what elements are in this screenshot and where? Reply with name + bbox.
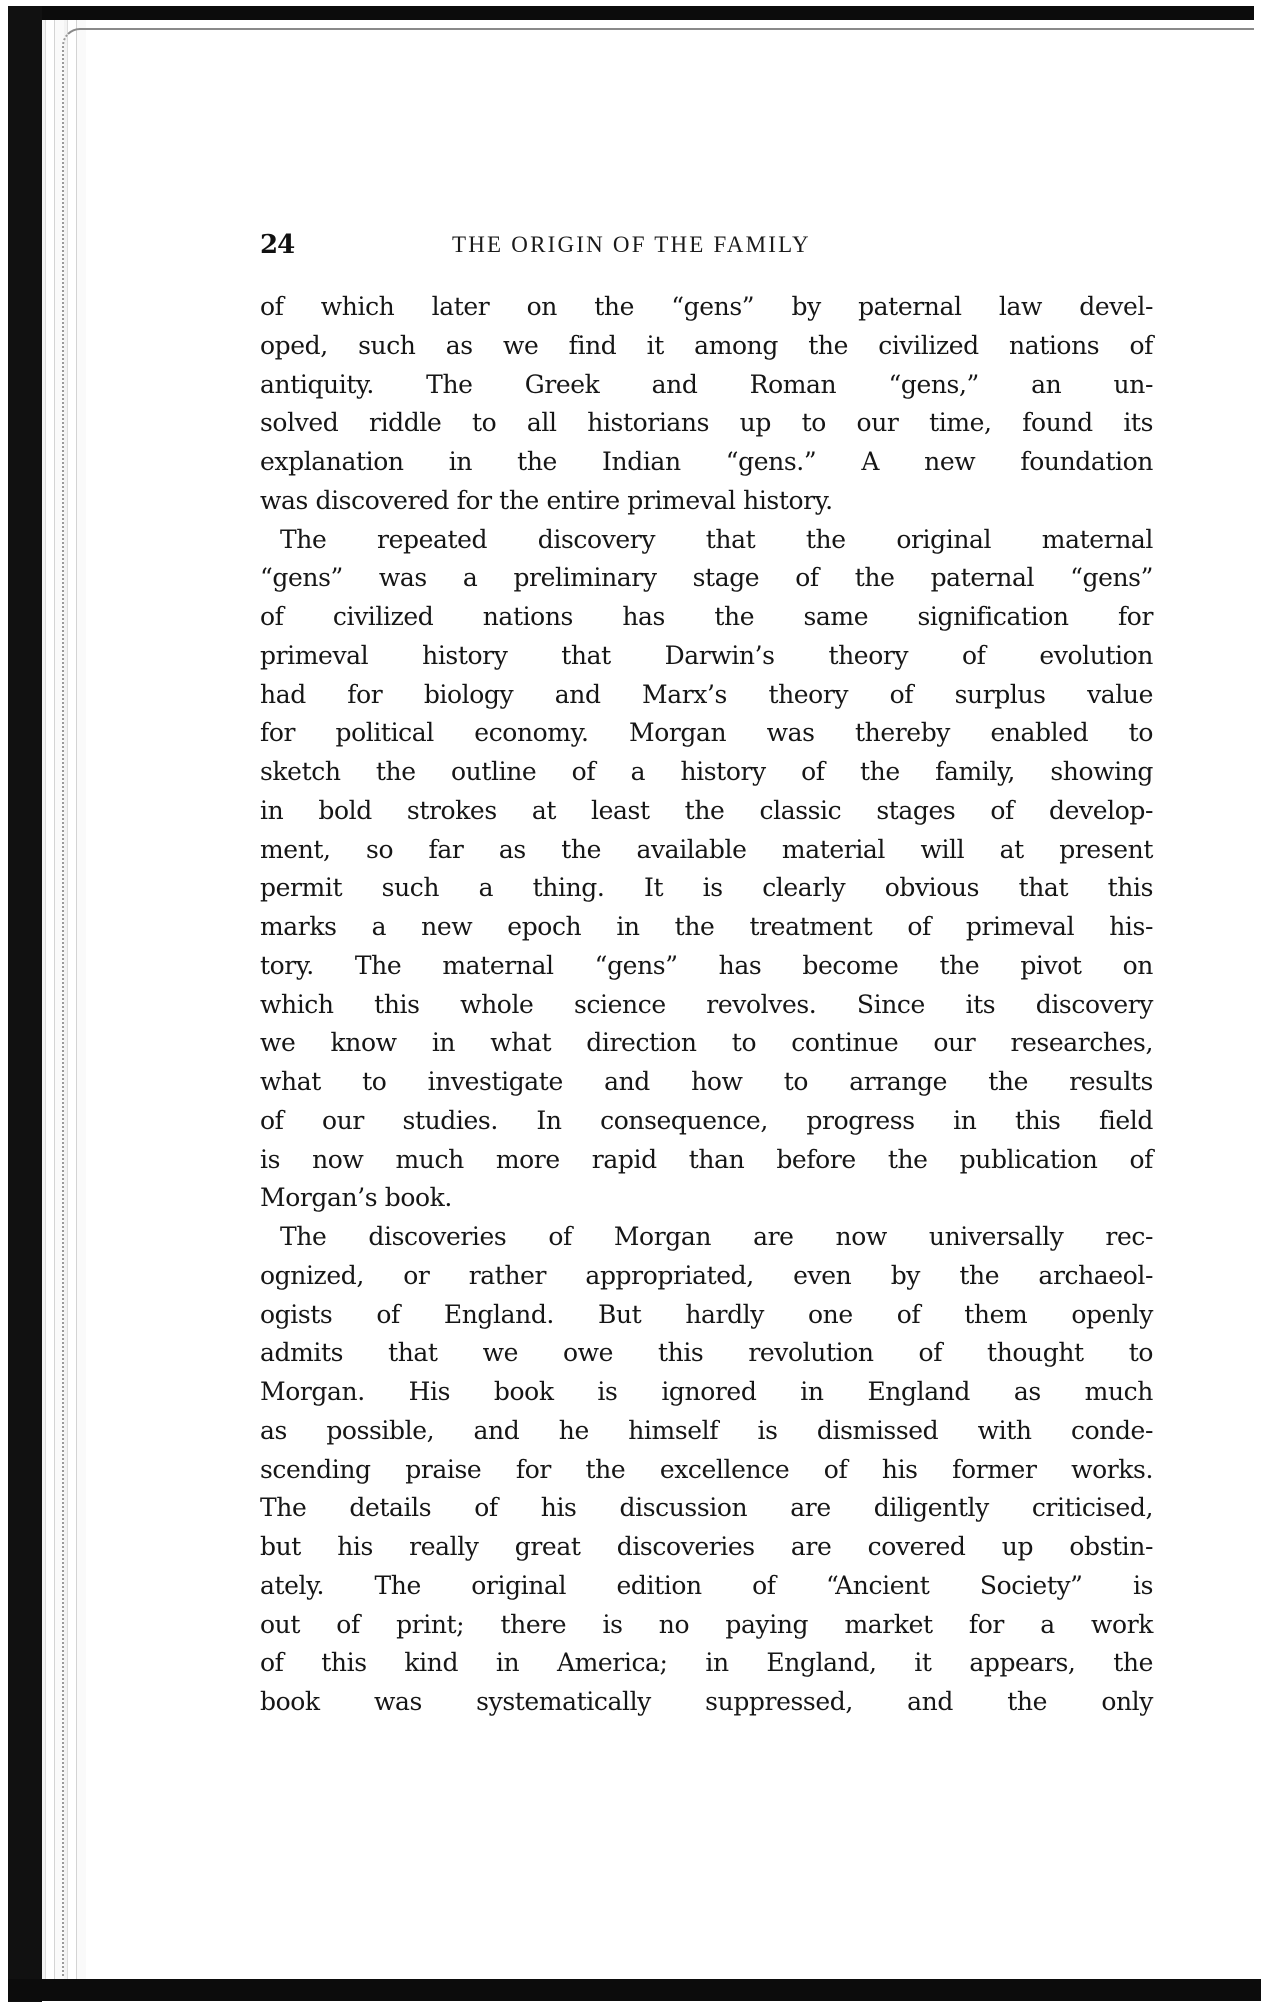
text-line: for political economy. Morgan was thereb… (260, 714, 1153, 753)
text-line: marks a new epoch in the treatment of pr… (260, 908, 1153, 947)
running-title: THE ORIGIN OF THE FAMILY (452, 232, 811, 258)
page-number: 24 (260, 230, 294, 260)
text-line: Morgan’s book. (260, 1179, 1153, 1218)
body-text: of which later on the “gens” by paternal… (260, 288, 1153, 1722)
text-line: solved riddle to all historians up to ou… (260, 404, 1153, 443)
text-line: Morgan. His book is ignored in England a… (260, 1373, 1153, 1412)
text-line: of our studies. In consequence, progress… (260, 1102, 1153, 1141)
text-line: oped, such as we find it among the civil… (260, 327, 1153, 366)
text-line: permit such a thing. It is clearly obvio… (260, 869, 1153, 908)
paragraph: of which later on the “gens” by paternal… (260, 288, 1153, 521)
text-line: explanation in the Indian “gens.” A new … (260, 443, 1153, 482)
text-line: book was systematically suppressed, and … (260, 1683, 1153, 1722)
text-line: had for biology and Marx’s theory of sur… (260, 676, 1153, 715)
text-line: of this kind in America; in England, it … (260, 1644, 1153, 1683)
text-line: The repeated discovery that the original… (260, 521, 1153, 560)
text-line: ment, so far as the available material w… (260, 831, 1153, 870)
text-line: out of print; there is no paying market … (260, 1606, 1153, 1645)
text-line: what to investigate and how to arrange t… (260, 1063, 1153, 1102)
text-line: The details of his discussion are dilige… (260, 1489, 1153, 1528)
paragraph: The discoveries of Morgan are now univer… (260, 1218, 1153, 1722)
text-line: which this whole science revolves. Since… (260, 986, 1153, 1025)
scan-border-top (8, 6, 1254, 20)
text-line: scending praise for the excellence of hi… (260, 1451, 1153, 1490)
text-line: of which later on the “gens” by paternal… (260, 288, 1153, 327)
text-line: primeval history that Darwin’s theory of… (260, 637, 1153, 676)
text-line: is now much more rapid than before the p… (260, 1141, 1153, 1180)
text-line: ognized, or rather appropriated, even by… (260, 1257, 1153, 1296)
text-line: was discovered for the entire primeval h… (260, 482, 1153, 521)
text-line: ately. The original edition of “Ancient … (260, 1567, 1153, 1606)
text-line: ogists of England. But hardly one of the… (260, 1296, 1153, 1335)
text-line: but his really great discoveries are cov… (260, 1528, 1153, 1567)
text-line: we know in what direction to continue ou… (260, 1024, 1153, 1063)
scan-border-bottom (8, 1979, 1261, 2001)
running-head: 24 THE ORIGIN OF THE FAMILY (260, 230, 1153, 264)
text-line: in bold strokes at least the classic sta… (260, 792, 1153, 831)
text-line: antiquity. The Greek and Roman “gens,” a… (260, 366, 1153, 405)
text-line: tory. The maternal “gens” has become the… (260, 947, 1153, 986)
text-line: “gens” was a preliminary stage of the pa… (260, 559, 1153, 598)
scan-border-left (8, 6, 42, 2002)
paragraph: The repeated discovery that the original… (260, 521, 1153, 1219)
text-line: admits that we owe this revolution of th… (260, 1334, 1153, 1373)
text-line: as possible, and he himself is dismissed… (260, 1412, 1153, 1451)
text-line: sketch the outline of a history of the f… (260, 753, 1153, 792)
text-line: The discoveries of Morgan are now univer… (260, 1218, 1153, 1257)
text-line: of civilized nations has the same signif… (260, 598, 1153, 637)
